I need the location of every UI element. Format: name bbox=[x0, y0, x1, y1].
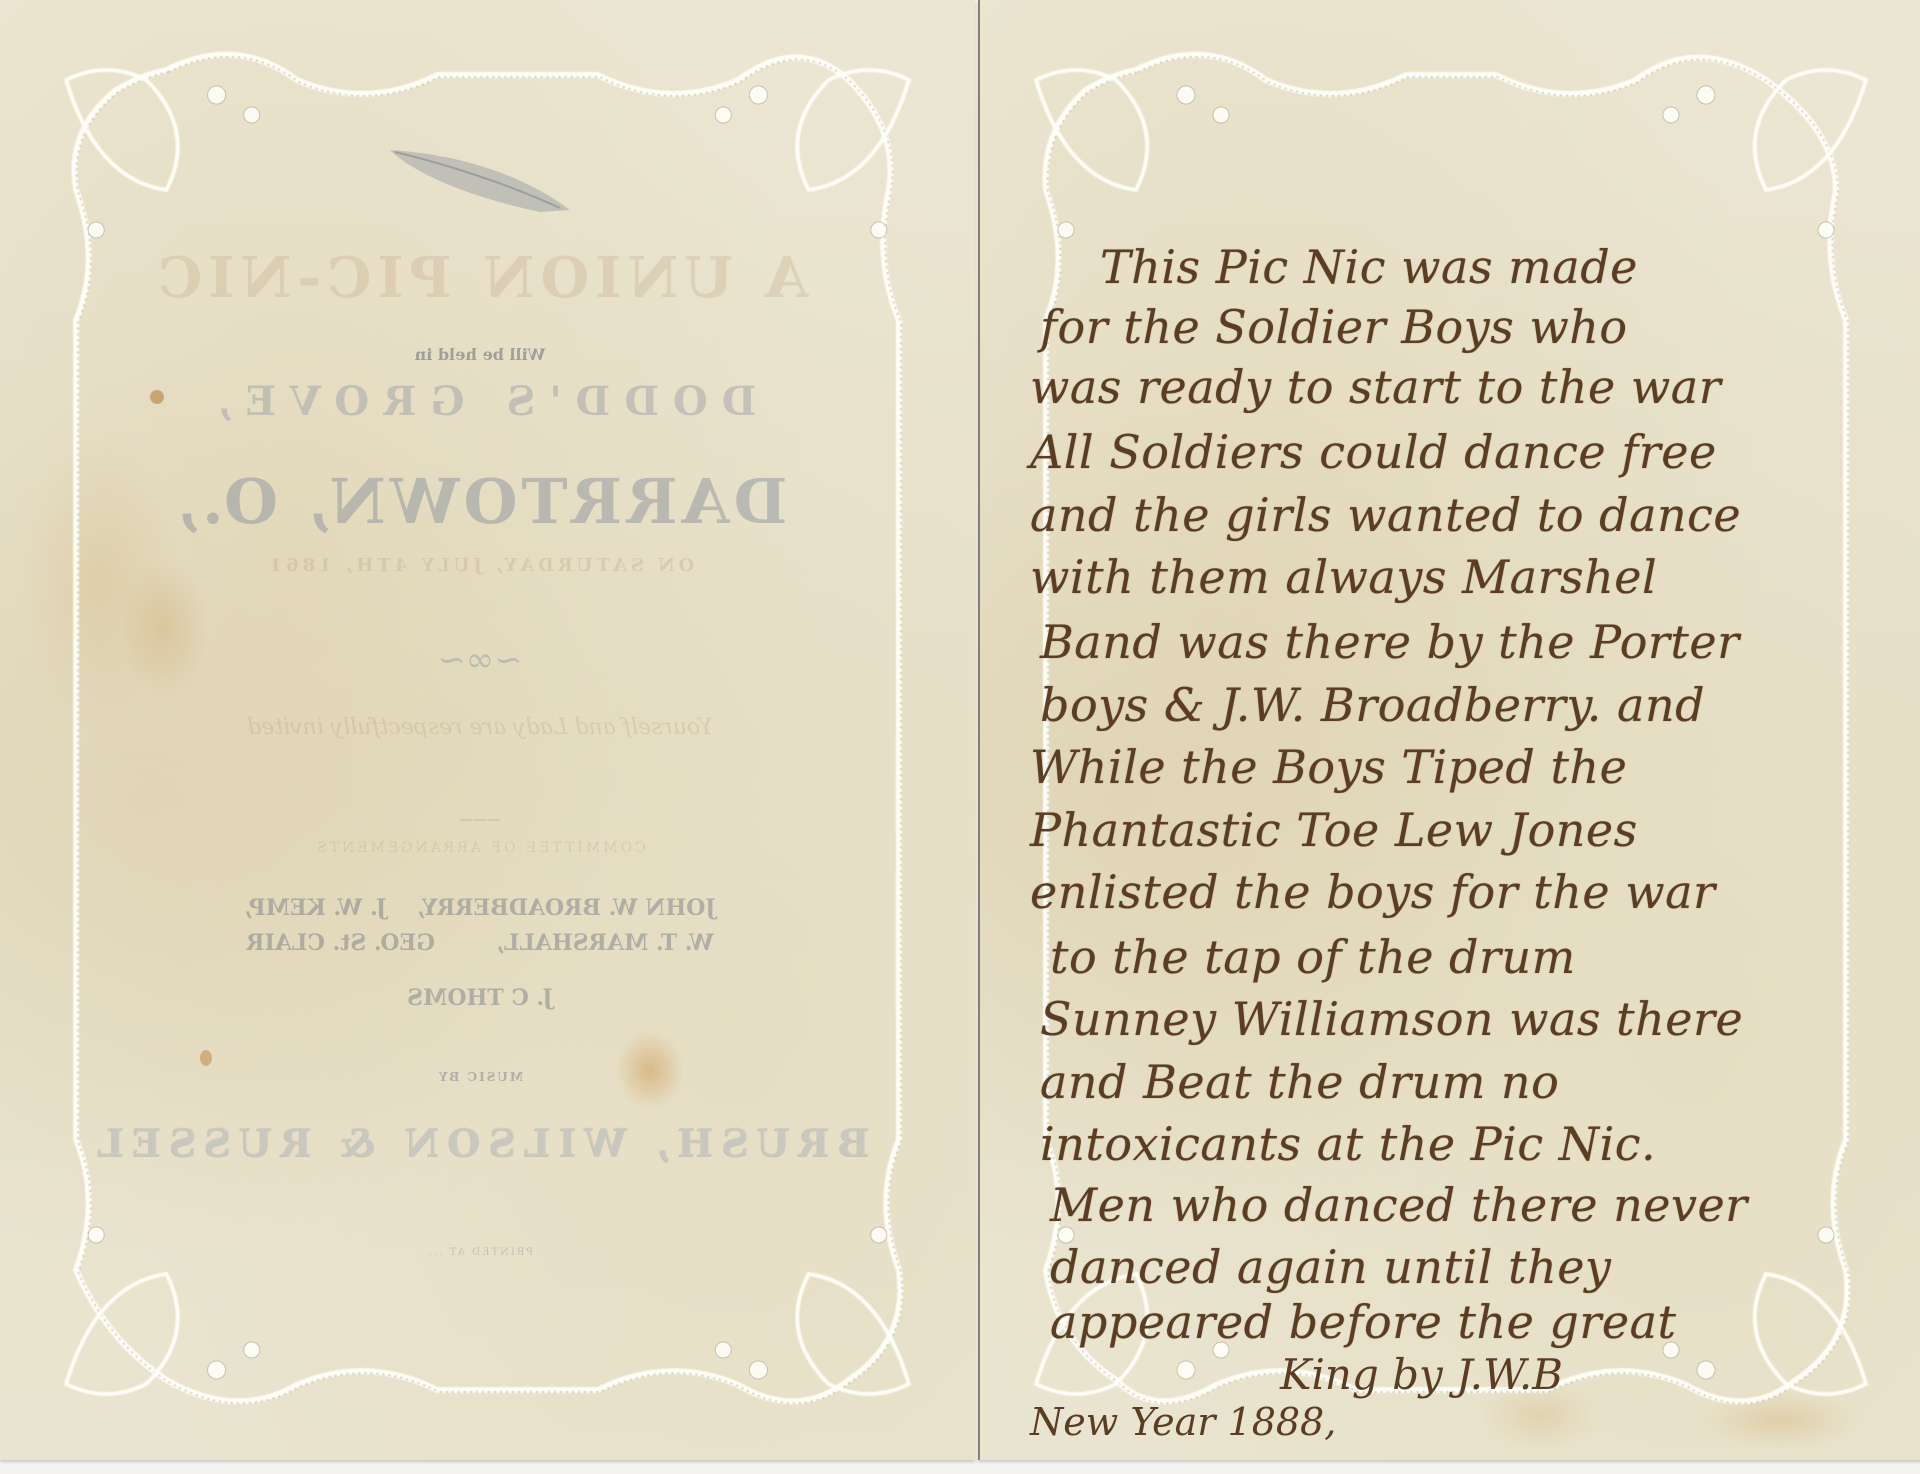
mirrored-invitation: Yourself and Lady are respectfully invit… bbox=[80, 715, 880, 740]
handwritten-line: Men who danced there never bbox=[1050, 1178, 1748, 1232]
letter-dateline: New Year 1888, bbox=[1030, 1400, 1336, 1444]
mirrored-committee-row: JOHN W. BROADBERRY, J. W. KEMP, bbox=[80, 895, 880, 921]
feather-vignette-icon bbox=[380, 140, 580, 220]
handwritten-line: intoxicants at the Pic Nic. bbox=[1040, 1117, 1656, 1171]
handwritten-line: with them always Marshel bbox=[1030, 550, 1657, 604]
handwritten-line: While the Boys Tiped the bbox=[1030, 740, 1627, 794]
mirrored-rule: ——— bbox=[80, 812, 880, 828]
handwritten-line: danced again until they bbox=[1050, 1240, 1611, 1294]
mirrored-venue: DODD'S GROVE, bbox=[80, 378, 880, 425]
handwritten-line: enlisted the boys for the war bbox=[1030, 865, 1716, 919]
foxing-stain bbox=[1700, 1390, 1860, 1450]
mirrored-ornament: ~∞~ bbox=[80, 640, 880, 680]
handwritten-line: and the girls wanted to dance bbox=[1030, 488, 1741, 542]
mirrored-held-line: Will be held in bbox=[80, 345, 880, 364]
mirrored-committee-row: W. T. MARSHALL, GEO. St. CLAIR bbox=[80, 930, 880, 956]
mirrored-title: A UNION PIC-NIC bbox=[80, 245, 880, 311]
handwritten-line: All Soldiers could dance free bbox=[1030, 425, 1717, 479]
mirrored-committee-heading: COMMITTEE OF ARRANGEMENTS bbox=[80, 840, 880, 856]
handwritten-line: Phantastic Toe Lew Jones bbox=[1030, 803, 1638, 857]
handwritten-line: appeared before the great bbox=[1050, 1295, 1677, 1349]
mirrored-town: DARRTOWN, O., bbox=[80, 465, 880, 538]
handwritten-line: and Beat the drum no bbox=[1040, 1055, 1559, 1109]
handwritten-line: to the tap of the drum bbox=[1050, 930, 1576, 984]
mirrored-band-name: BRUSH, WILSON & RUSSEL bbox=[80, 1120, 880, 1165]
handwritten-line: This Pic Nic was made bbox=[1100, 240, 1638, 294]
handwritten-line: Sunney Williamson was there bbox=[1040, 992, 1743, 1046]
mirrored-printer-line: PRINTED AT ... bbox=[80, 1247, 880, 1258]
handwritten-line: for the Soldier Boys who bbox=[1040, 300, 1628, 354]
signature-closing: King by J.W.B bbox=[1280, 1350, 1563, 1399]
left-page-printed-invitation-reverse: A UNION PIC-NIC Will be held in DODD'S G… bbox=[0, 0, 975, 1460]
mirrored-date-line: ON SATURDAY, JULY 4TH, 1861 bbox=[80, 555, 880, 576]
mirrored-music-label: MUSIC BY bbox=[80, 1070, 880, 1084]
right-page-handwritten-note: This Pic Nic was made for the Soldier Bo… bbox=[978, 0, 1920, 1460]
mirrored-bleed-through-print: A UNION PIC-NIC Will be held in DODD'S G… bbox=[80, 0, 880, 1460]
handwritten-line: boys & J.W. Broadberry. and bbox=[1040, 678, 1705, 732]
handwritten-line: Band was there by the Porter bbox=[1040, 615, 1740, 669]
handwritten-line: was ready to start to the war bbox=[1030, 360, 1721, 414]
mirrored-committee-row: J. C THOMS bbox=[80, 985, 880, 1011]
